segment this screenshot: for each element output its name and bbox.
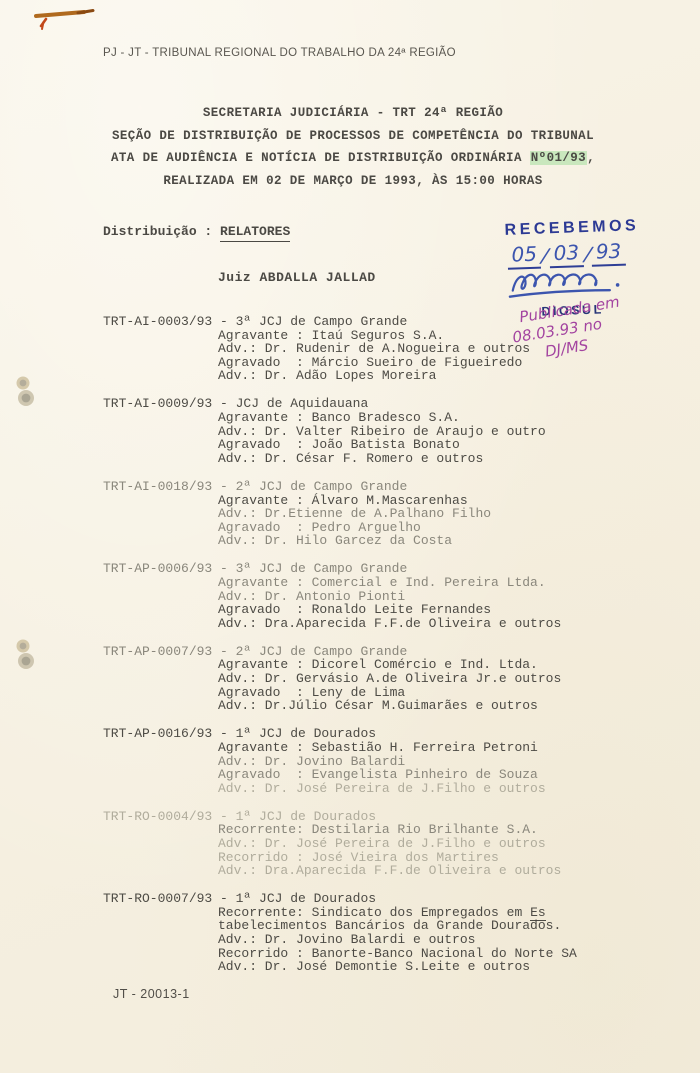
case-detail-line: Adv.: Dr. José Pereira de J.Filho e outr… xyxy=(218,837,577,851)
case-detail-line: Adv.: Dr. Adão Lopes Moreira xyxy=(218,369,577,383)
case-detail-line: Agravante : Sebastião H. Ferreira Petron… xyxy=(218,741,577,755)
case-detail-line: Adv.: Dra.Aparecida F.F.de Oliveira e ou… xyxy=(218,864,577,878)
title-line-3: ATA DE AUDIÊNCIA E NOTÍCIA DE DISTRIBUIÇ… xyxy=(63,147,643,170)
case-detail-line: Adv.: Dr. César F. Romero e outros xyxy=(218,452,577,466)
case-detail-line: Agravado : Evangelista Pinheiro de Souza xyxy=(218,768,577,782)
stamp-title: RECEBEMOS xyxy=(504,216,665,240)
case-number-line: TRT-AP-0007/93 - 2ª JCJ de Campo Grande xyxy=(103,645,577,659)
letterhead: PJ - JT - TRIBUNAL REGIONAL DO TRABALHO … xyxy=(103,47,456,59)
case-detail-line: Agravado : João Batista Bonato xyxy=(218,438,577,452)
case-detail-line: Agravado : Ronaldo Leite Fernandes xyxy=(218,603,577,617)
case-detail-line: Adv.: Dr.Etienne de A.Palhano Filho xyxy=(218,507,577,521)
highlighted-ordinance-number: Nº01/93 xyxy=(530,151,587,165)
case-detail-line: Agravante : Itaú Seguros S.A. xyxy=(218,329,577,343)
case-entry: TRT-AP-0006/93 - 3ª JCJ de Campo GrandeA… xyxy=(103,562,577,630)
case-detail-line: Recorrido : Banorte-Banco Nacional do No… xyxy=(218,947,577,961)
case-detail-line: Adv.: Dr. Hilo Garcez da Costa xyxy=(218,534,577,548)
binder-hole-icon xyxy=(13,374,37,415)
binder-hole-icon xyxy=(13,637,37,678)
title-line-2: SEÇÃO DE DISTRIBUIÇÃO DE PROCESSOS DE CO… xyxy=(63,125,643,148)
case-detail-line: Agravado : Leny de Lima xyxy=(218,686,577,700)
case-detail-line: Adv.: Dr. José Pereira de J.Filho e outr… xyxy=(218,782,577,796)
case-entry: TRT-AP-0007/93 - 2ª JCJ de Campo GrandeA… xyxy=(103,645,577,713)
document-title: SECRETARIA JUDICIÁRIA - TRT 24ª REGIÃO S… xyxy=(63,102,643,192)
title-line-1: SECRETARIA JUDICIÁRIA - TRT 24ª REGIÃO xyxy=(63,102,643,125)
case-detail-line: Agravado : Pedro Arguelho xyxy=(218,521,577,535)
form-number: JT - 20013-1 xyxy=(113,987,190,1001)
case-detail-line: Adv.: Dr.Júlio César M.Guimarães e outro… xyxy=(218,699,577,713)
case-number-line: TRT-AI-0003/93 - 3ª JCJ de Campo Grande xyxy=(103,315,577,329)
case-detail-line: Adv.: Dra.Aparecida F.F.de Oliveira e ou… xyxy=(218,617,577,631)
case-detail-line: Agravante : Álvaro M.Mascarenhas xyxy=(218,494,577,508)
case-entry: TRT-AI-0009/93 - JCJ de AquidauanaAgrava… xyxy=(103,397,577,465)
case-number-line: TRT-AP-0016/93 - 1ª JCJ de Dourados xyxy=(103,727,577,741)
case-entry: TRT-RO-0004/93 - 1ª JCJ de DouradosRecor… xyxy=(103,810,577,878)
case-entry: TRT-AP-0016/93 - 1ª JCJ de DouradosAgrav… xyxy=(103,727,577,795)
case-number-line: TRT-AP-0006/93 - 3ª JCJ de Campo Grande xyxy=(103,562,577,576)
distribution-heading: Distribuição : RELATORES xyxy=(103,224,290,239)
case-number-line: TRT-RO-0007/93 - 1ª JCJ de Dourados xyxy=(103,892,577,906)
title-line-4: REALIZADA EM 02 DE MARÇO DE 1993, ÀS 15:… xyxy=(63,170,643,193)
case-detail-line: Adv.: Dr. Gervásio A.de Oliveira Jr.e ou… xyxy=(218,672,577,686)
case-detail-line: Recorrido : José Vieira dos Martires xyxy=(218,851,577,865)
case-entry: TRT-AI-0003/93 - 3ª JCJ de Campo GrandeA… xyxy=(103,315,577,383)
case-detail-line: Agravante : Banco Bradesco S.A. xyxy=(218,411,577,425)
case-detail-line: Agravado : Márcio Sueiro de Figueiredo xyxy=(218,356,577,370)
case-entry: TRT-RO-0007/93 - 1ª JCJ de DouradosRecor… xyxy=(103,892,577,974)
document-page: PJ - JT - TRIBUNAL REGIONAL DO TRABALHO … xyxy=(0,0,700,1073)
case-detail-line: Adv.: Dr. Valter Ribeiro de Araujo e out… xyxy=(218,425,577,439)
case-detail-line: Agravante : Dicorel Comércio e Ind. Ltda… xyxy=(218,658,577,672)
case-detail-line: Adv.: Dr. José Demontie S.Leite e outros xyxy=(218,960,577,974)
case-number-line: TRT-AI-0018/93 - 2ª JCJ de Campo Grande xyxy=(103,480,577,494)
case-entry: TRT-AI-0018/93 - 2ª JCJ de Campo GrandeA… xyxy=(103,480,577,548)
case-detail-line: Adv.: Dr. Jovino Balardi xyxy=(218,755,577,769)
case-number-line: TRT-RO-0004/93 - 1ª JCJ de Dourados xyxy=(103,810,577,824)
case-detail-line: Adv.: Dr. Rudenir de A.Nogueira e outros xyxy=(218,342,577,356)
case-list: TRT-AI-0003/93 - 3ª JCJ de Campo GrandeA… xyxy=(103,315,577,988)
orange-pen-mark-icon xyxy=(30,5,102,38)
case-detail-line: Adv.: Dr. Jovino Balardi e outros xyxy=(218,933,577,947)
case-number-line: TRT-AI-0009/93 - JCJ de Aquidauana xyxy=(103,397,577,411)
case-detail-line: Adv.: Dr. Antonio Pionti xyxy=(218,590,577,604)
case-detail-line: Agravante : Comercial e Ind. Pereira Ltd… xyxy=(218,576,577,590)
case-detail-line: tabelecimentos Bancários da Grande Doura… xyxy=(218,919,577,933)
case-detail-line: Recorrente: Sindicato dos Empregados em … xyxy=(218,906,577,920)
case-detail-line: Recorrente: Destilaria Rio Brilhante S.A… xyxy=(218,823,577,837)
distribution-value: RELATORES xyxy=(220,224,290,242)
judge-heading: Juiz ABDALLA JALLAD xyxy=(218,270,376,285)
